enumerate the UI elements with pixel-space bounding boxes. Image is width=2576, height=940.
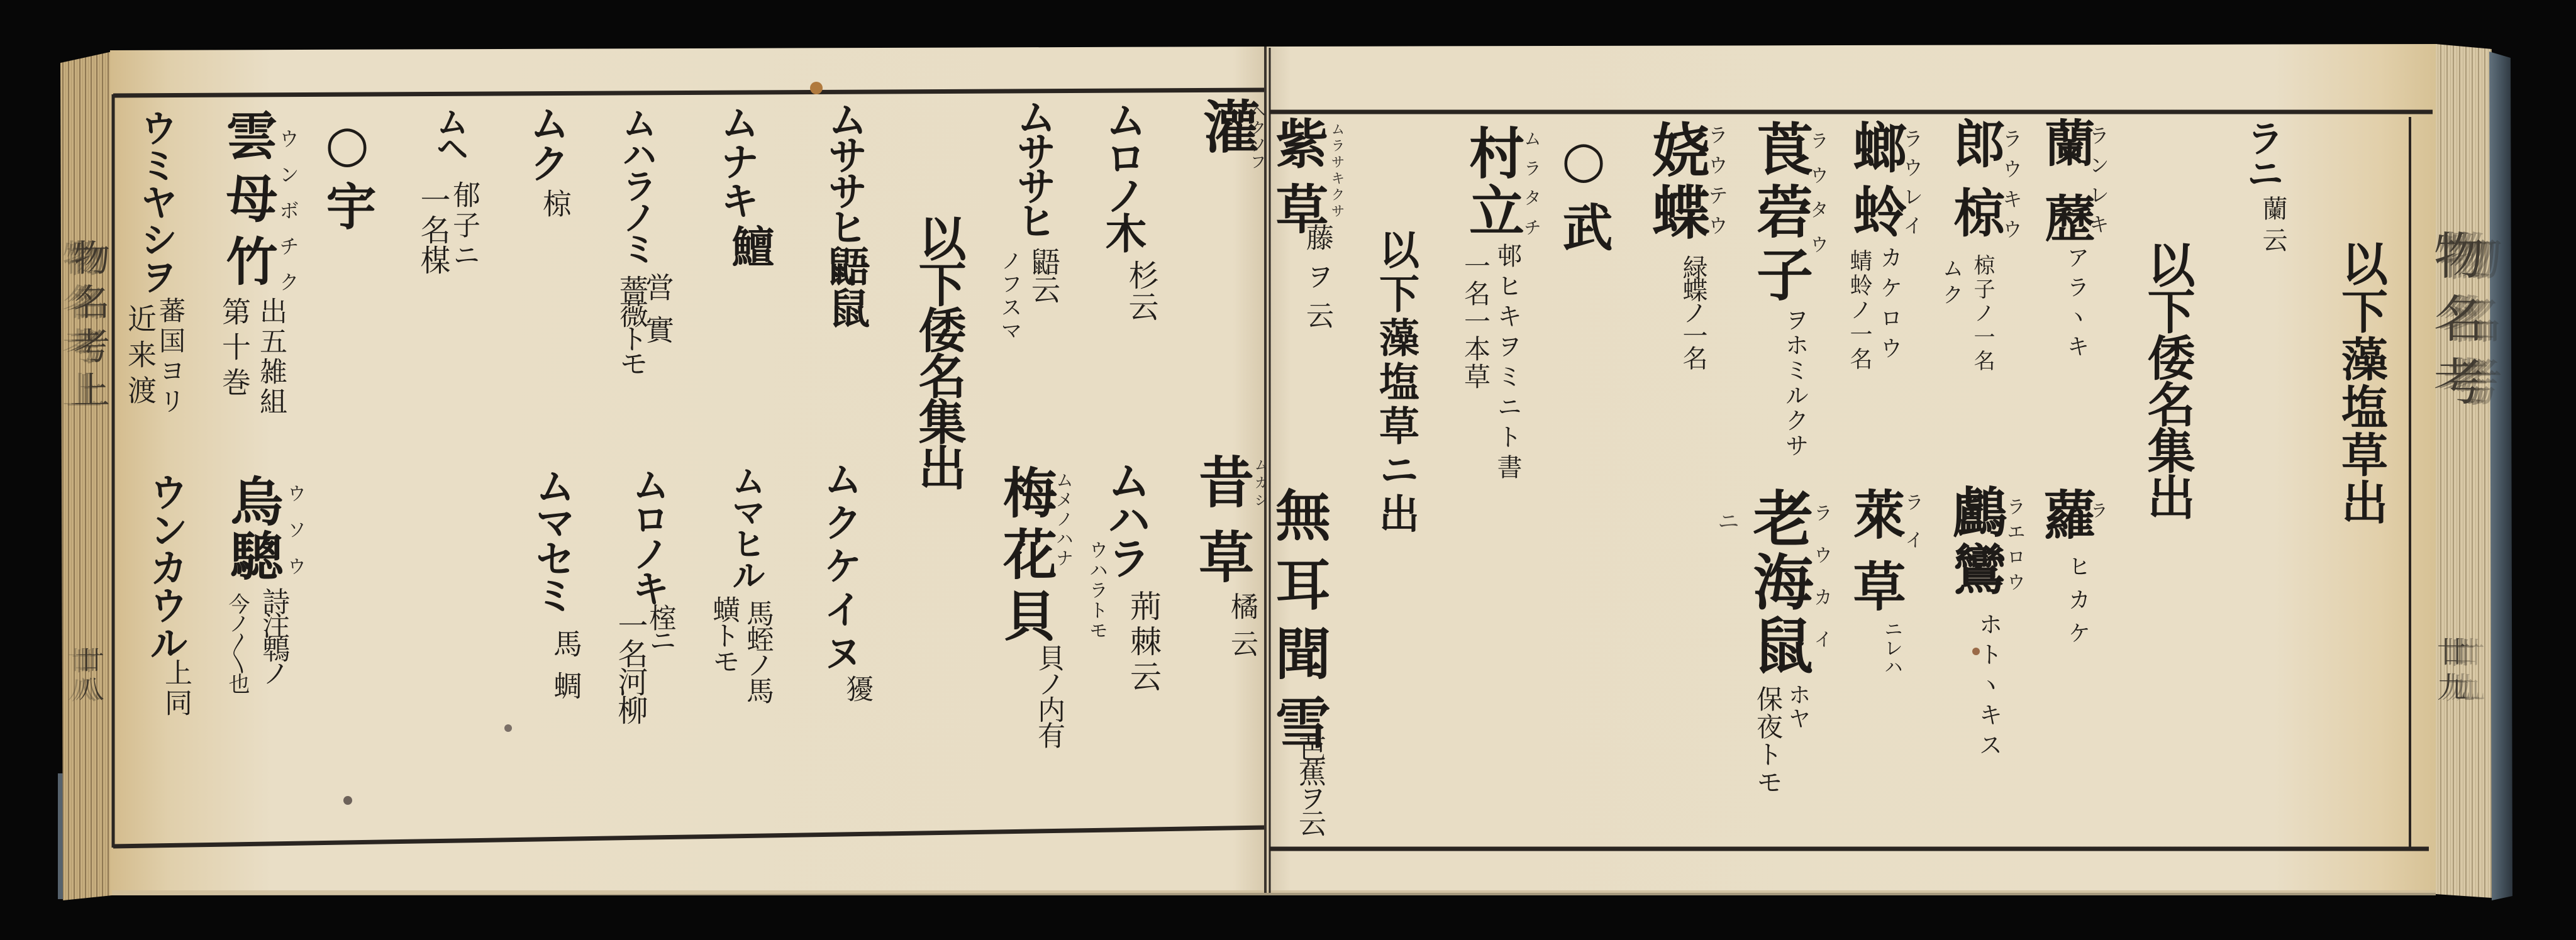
entry-note: 蟥トモ <box>709 595 737 673</box>
entry-note: 貝ノ内有 <box>1035 644 1062 747</box>
entry-headword: ウンカウル <box>146 472 185 661</box>
entry-headword: ムマヒル <box>730 463 763 589</box>
entry-note: 詩注鵯ノ <box>259 587 287 683</box>
entry-headword: ムマセミ <box>531 465 572 611</box>
entry-headword: ムク <box>526 102 566 183</box>
left-page-text: 灌 ヘクソフ 昔草 ムカシ 橘云 ムロノ木 杉云 ムハラ 荊棘云 ウハラトモ ム… <box>0 0 2576 940</box>
entry-note: 今ノ〳〵也 <box>226 593 248 692</box>
entry-note: 鼯云 <box>1030 247 1058 302</box>
entry-note: 橘云 <box>1228 592 1255 666</box>
entry-gloss: 椋 <box>541 189 570 218</box>
entry-ruby: ヘクソフ <box>1248 102 1265 170</box>
entry-note: 郁子ニ <box>450 180 477 271</box>
entry-note: 出五雑組 <box>257 297 284 417</box>
entry-note: ウハラトモ <box>1087 540 1106 641</box>
entry-headword: ムササヒ <box>824 99 864 242</box>
entry-ruby: ムメノハナ <box>1055 471 1072 568</box>
entry-headword: ムクケイヌ <box>820 459 859 676</box>
section-marker: ○宇 <box>322 114 372 238</box>
entry-headword: ムハラ <box>1104 458 1148 575</box>
entry-headword: ムササヒ <box>1013 96 1053 235</box>
entry-gloss: 馬蜩 <box>552 629 580 713</box>
entry-ruby: ウソウ <box>285 484 304 593</box>
column-heading: 以下倭名集出 <box>914 214 962 489</box>
entry-note: 榁ニ <box>646 604 674 649</box>
entry-headword: 灌 <box>1198 97 1255 154</box>
entry-headword: ムハラノミ <box>619 105 655 262</box>
entry-headword: ムロノキ <box>629 465 667 604</box>
entry-headword: ウミヤシヲ <box>137 109 175 294</box>
entry-gloss: 獶 <box>843 675 870 702</box>
entry-note: 近来渡 <box>126 304 155 411</box>
entry-note: 蕃国ヨリ <box>157 297 184 417</box>
entry-headword: 梅花貝 <box>998 465 1052 650</box>
entry-headword: ムヘ <box>433 105 465 158</box>
entry-note: 一名河柳 <box>615 610 645 723</box>
entry-note: 杉云 <box>1126 260 1156 323</box>
entry-headword: 昔草 <box>1195 453 1250 603</box>
entry-note: 上同 <box>162 658 189 719</box>
entry-gloss: 鼯鼠 <box>825 245 867 328</box>
entry-headword: ムナキ <box>717 102 756 219</box>
entry-headword: 烏驄 <box>226 474 279 583</box>
entry-gloss: 鱣 <box>728 224 771 267</box>
entry-headword: ムロノ木 <box>1102 99 1143 250</box>
entry-note: ノフスマ <box>999 250 1020 343</box>
entry-note: 馬蛭ノ馬 <box>743 599 771 702</box>
entry-note: 一名楳 <box>418 184 448 275</box>
entry-ruby: ウンボチク <box>278 128 298 307</box>
entry-note: 第十巻 <box>220 297 249 402</box>
entry-note: 薔薇トモ <box>618 275 647 373</box>
entry-note: 荊棘云 <box>1128 590 1159 695</box>
entry-ruby: ムカシ <box>1253 458 1267 511</box>
entry-headword: 雲母竹 <box>222 109 274 297</box>
